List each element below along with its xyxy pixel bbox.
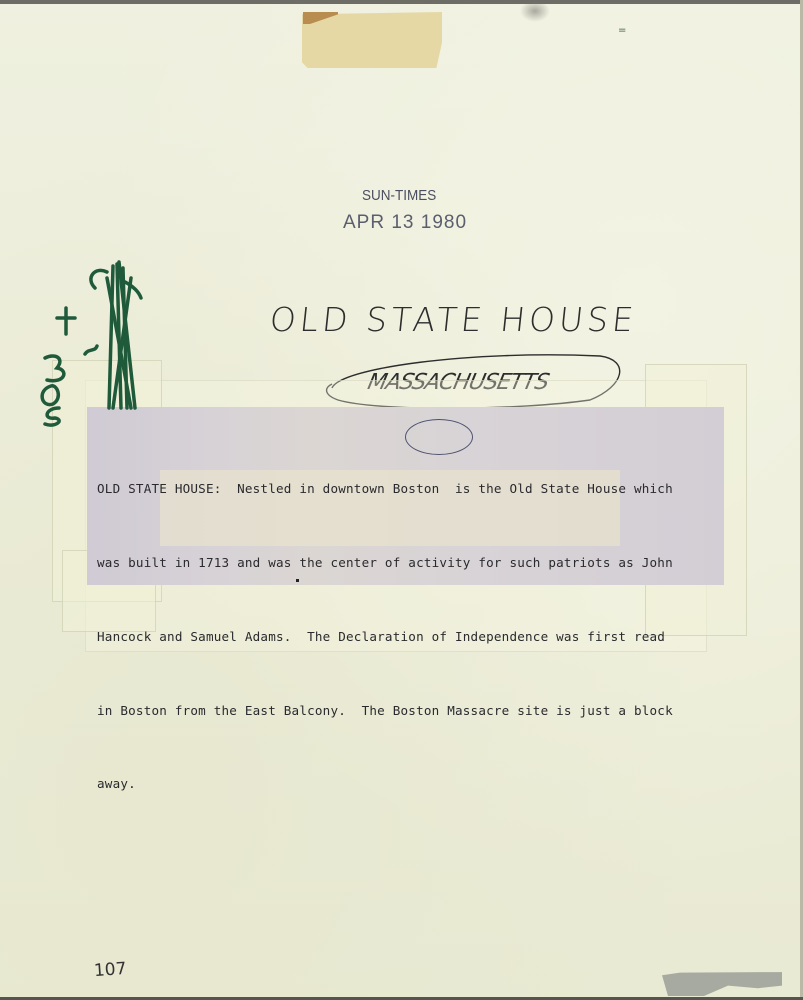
caption-text: OLD STATE HOUSE: Nestled in downtown Bos… <box>97 428 722 822</box>
caption-line: in Boston from the East Balcony. The Bos… <box>97 699 722 724</box>
stamp-publication: SUN-TIMES <box>362 187 436 204</box>
caption-line: away. <box>97 772 722 797</box>
page-number-note: 107 <box>93 959 127 981</box>
caption-line: was built in 1713 and was the center of … <box>97 551 722 576</box>
caption-line: Hancock and Samuel Adams. The Declaratio… <box>97 625 722 650</box>
top-stain <box>520 0 550 22</box>
handwritten-title: OLD STATE HOUSE <box>268 300 639 339</box>
caption-line: OLD STATE HOUSE: Nestled in downtown Bos… <box>97 477 722 502</box>
aged-tape-top <box>302 12 442 68</box>
green-crayon-scrawl-icon <box>35 258 155 428</box>
ink-dot <box>296 579 299 582</box>
top-edge <box>0 0 803 4</box>
boston-circle-mark <box>405 419 473 455</box>
corner-mark: = <box>618 28 626 38</box>
stamp-date: APR 13 1980 <box>343 212 467 234</box>
